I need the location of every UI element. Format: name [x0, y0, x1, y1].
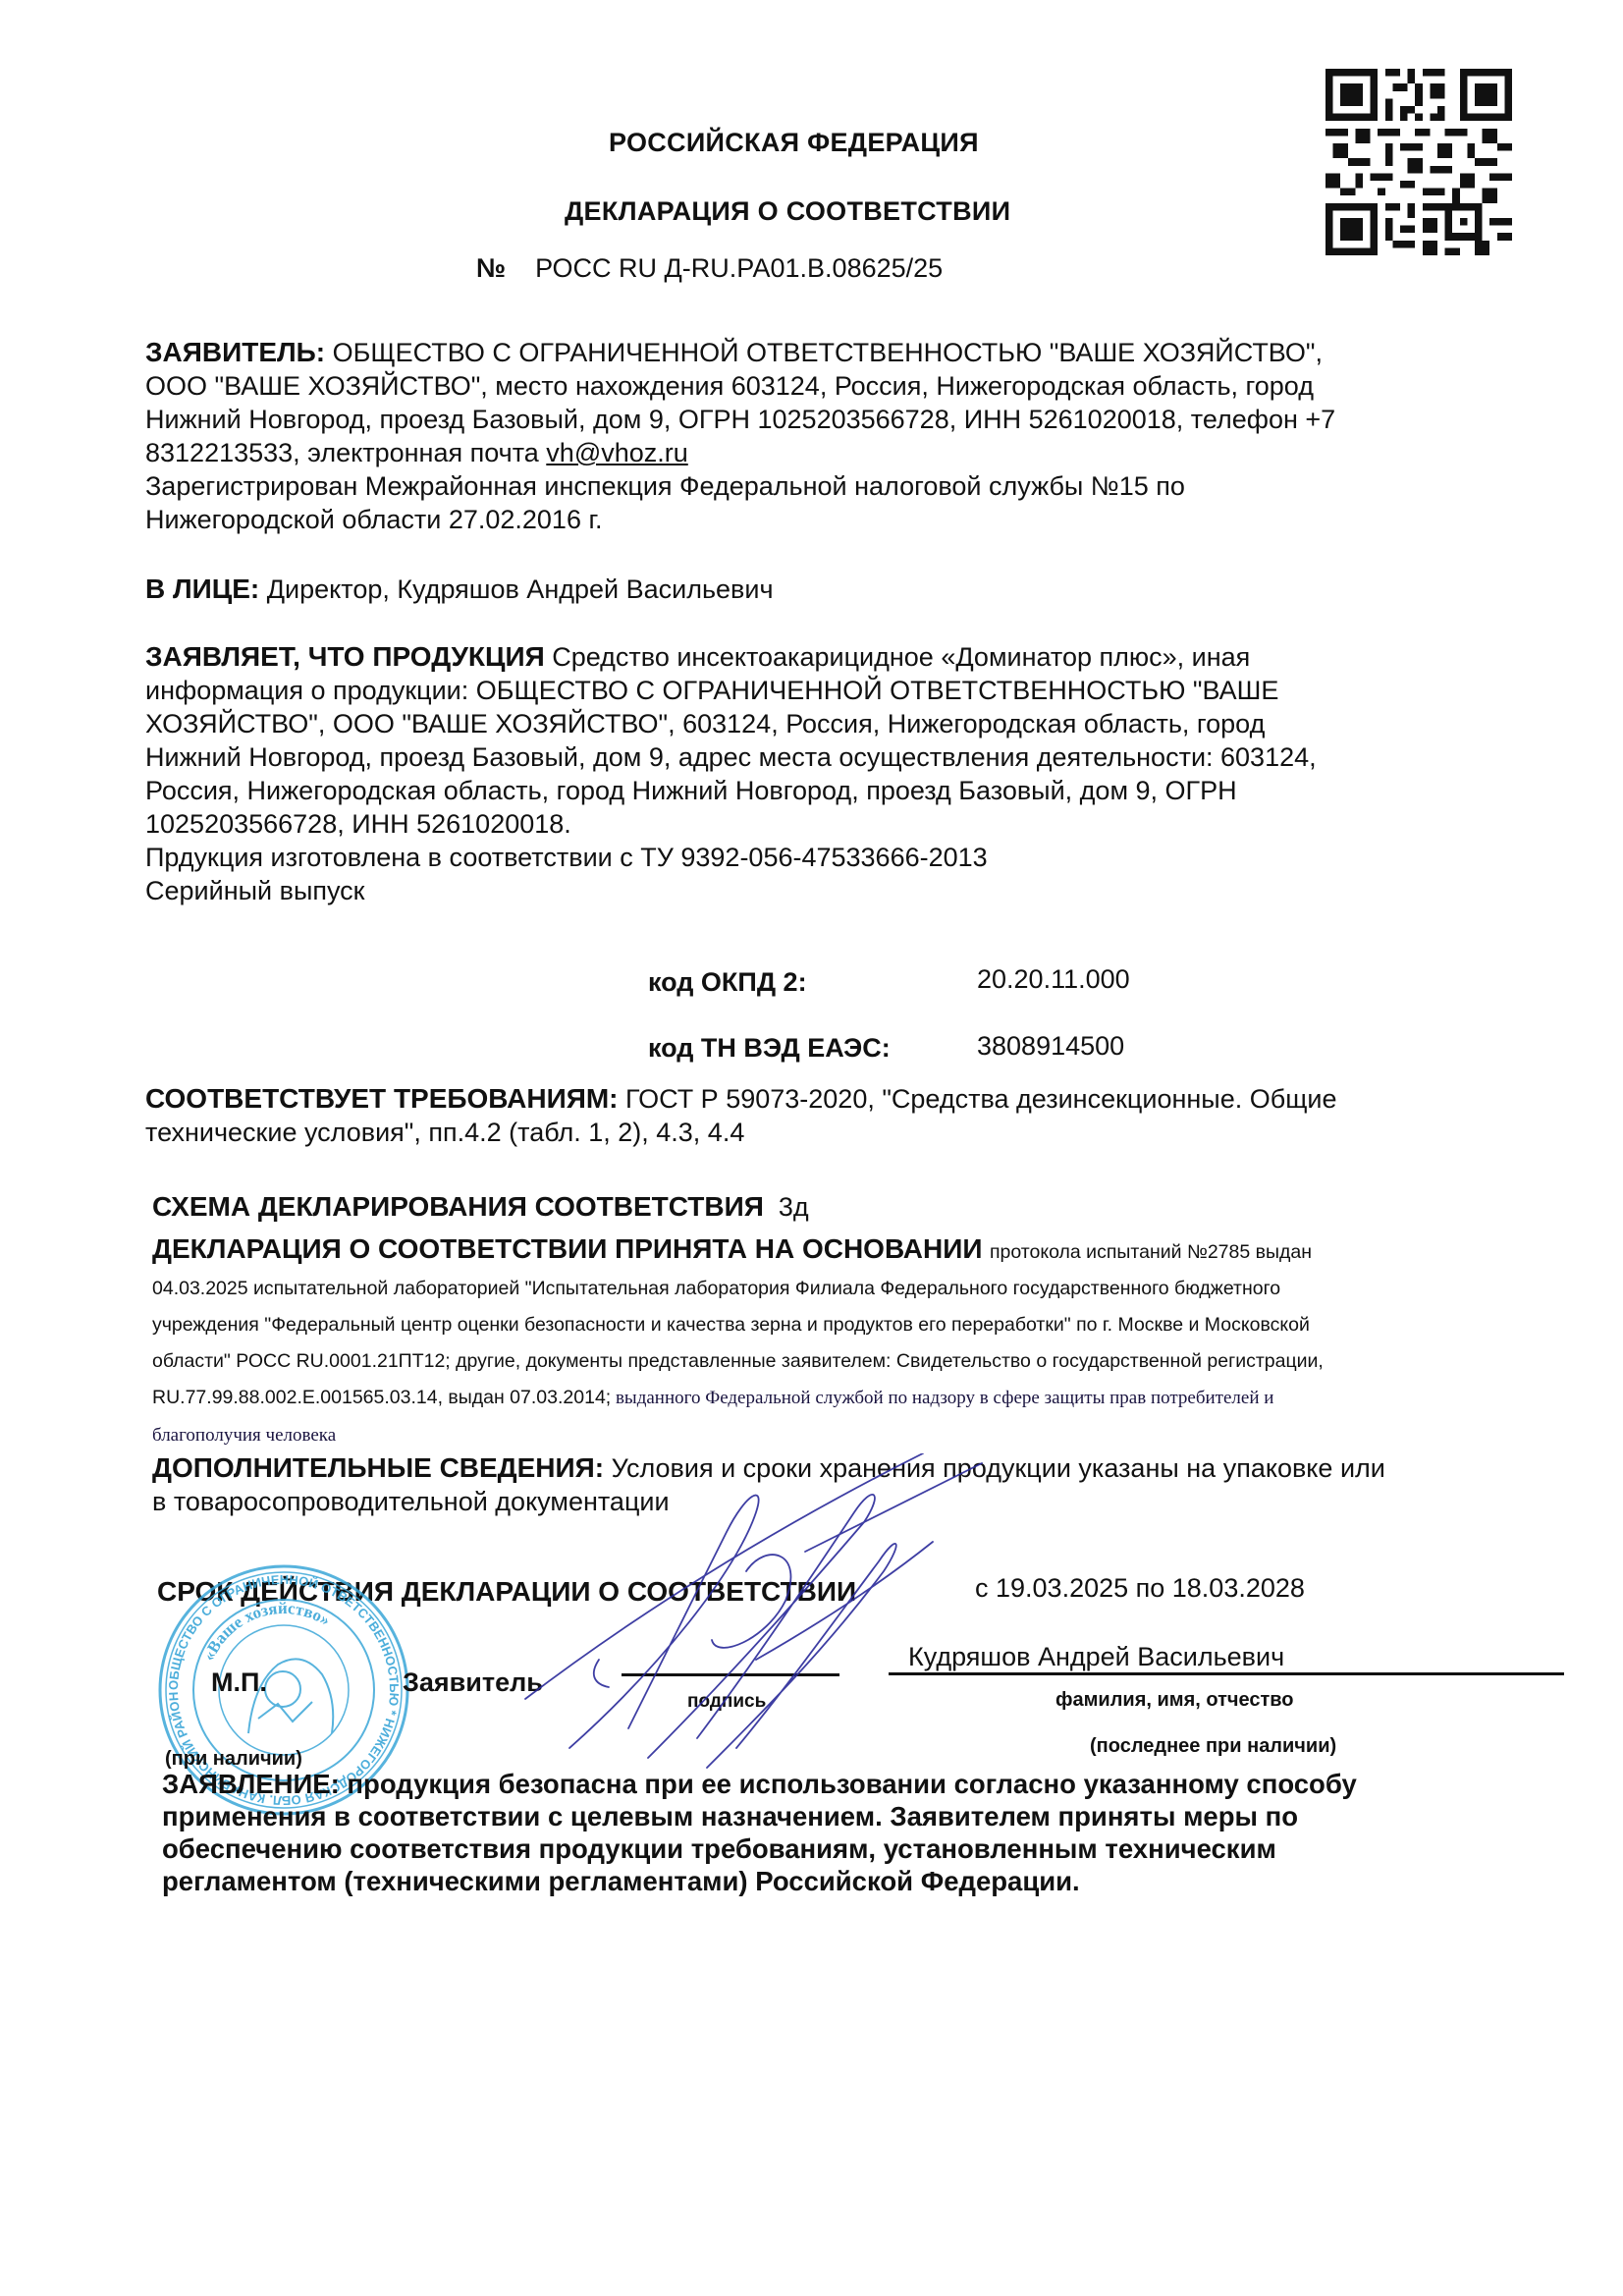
- handwritten-signature-icon: [511, 1453, 1021, 1787]
- name-note: (последнее при наличии): [1090, 1735, 1336, 1758]
- basis-label: ДЕКЛАРАЦИЯ О СООТВЕТСТВИИ ПРИНЯТА НА ОСН…: [152, 1233, 982, 1264]
- statement-section: ЗАЯВЛЕНИЕ: продукция безопасна при ее ис…: [162, 1768, 1556, 1897]
- represented-by-label: В ЛИЦЕ:: [145, 574, 259, 604]
- registration-line: Нижегородской области 27.02.2016 г.: [145, 503, 1540, 536]
- scheme-label: СХЕМА ДЕКЛАРИРОВАНИЯ СООТВЕТСТВИЯ: [152, 1191, 764, 1222]
- basis-section: ДЕКЛАРАЦИЯ О СООТВЕТСТВИИ ПРИНЯТА НА ОСН…: [152, 1232, 1546, 1455]
- product-label: ЗАЯВЛЯЕТ, ЧТО ПРОДУКЦИЯ: [145, 641, 545, 672]
- name-caption: фамилия, имя, отчество: [1055, 1689, 1294, 1712]
- qr-code-icon: [1325, 69, 1512, 255]
- tnved-label: код ТН ВЭД ЕАЭС:: [648, 1033, 891, 1064]
- number-value: РОСС RU Д-RU.РА01.В.08625/25: [535, 253, 943, 283]
- statement-line: регламентом (техническими регламентами) …: [162, 1865, 1556, 1897]
- applicant-label: ЗАЯВИТЕЛЬ:: [145, 337, 325, 367]
- applicant-section: ЗАЯВИТЕЛЬ: ОБЩЕСТВО С ОГРАНИЧЕННОЙ ОТВЕТ…: [145, 336, 1540, 536]
- conformity-line: ГОСТ Р 59073-2020, "Средства дезинсекцио…: [625, 1084, 1337, 1114]
- registration-line: Зарегистрирован Межрайонная инспекция Фе…: [145, 469, 1540, 503]
- basis-line-serif: выданного Федеральной службой по надзору…: [611, 1388, 1273, 1408]
- product-line: Серийный выпуск: [145, 874, 1540, 907]
- represented-by-value: Директор, Кудряшов Андрей Васильевич: [267, 574, 774, 604]
- mp-label: М.П.: [211, 1667, 267, 1698]
- statement-label: ЗАЯВЛЕНИЕ:: [162, 1769, 340, 1799]
- statement-line: обеспечению соответствия продукции требо…: [162, 1832, 1556, 1865]
- okpd-value: 20.20.11.000: [977, 964, 1130, 995]
- tnved-value: 3808914500: [977, 1031, 1124, 1062]
- document-title: ДЕКЛАРАЦИЯ О СООТВЕТСТВИИ: [565, 196, 1010, 227]
- applicant-line: ОБЩЕСТВО С ОГРАНИЧЕННОЙ ОТВЕТСТВЕННОСТЬЮ…: [333, 338, 1323, 367]
- product-line: Россия, Нижегородская область, город Ниж…: [145, 774, 1540, 807]
- basis-line: RU.77.99.88.002.Е.001565.03.14, выдан 07…: [152, 1387, 611, 1408]
- product-line: 1025203566728, ИНН 5261020018.: [145, 807, 1540, 841]
- conformity-label: СООТВЕТСТВУЕТ ТРЕБОВАНИЯМ:: [145, 1083, 618, 1114]
- conformity-line: технические условия", пп.4.2 (табл. 1, 2…: [145, 1116, 1540, 1149]
- scheme-value: 3д: [779, 1192, 809, 1222]
- product-line: ХОЗЯЙСТВО", ООО "ВАШЕ ХОЗЯЙСТВО", 603124…: [145, 707, 1540, 740]
- okpd-label: код ОКПД 2:: [648, 967, 807, 998]
- product-line: Прдукция изготовлена в соответствии с ТУ…: [145, 841, 1540, 874]
- validity-value: с 19.03.2025 по 18.03.2028: [975, 1573, 1305, 1604]
- email-link[interactable]: vh@vhoz.ru: [546, 438, 687, 467]
- product-section: ЗАЯВЛЯЕТ, ЧТО ПРОДУКЦИЯ Средство инсекто…: [145, 640, 1540, 907]
- basis-line: учреждения "Федеральный центр оценки без…: [152, 1307, 1546, 1343]
- country-title: РОССИЙСКАЯ ФЕДЕРАЦИЯ: [609, 128, 979, 158]
- statement-line: продукция безопасна при ее использовании…: [340, 1769, 1357, 1799]
- basis-line: протокола испытаний №2785 выдан: [990, 1241, 1312, 1263]
- product-line: информация о продукции: ОБЩЕСТВО С ОГРАН…: [145, 674, 1540, 707]
- conformity-section: СООТВЕТСТВУЕТ ТРЕБОВАНИЯМ: ГОСТ Р 59073-…: [145, 1082, 1540, 1149]
- represented-by-section: В ЛИЦЕ: Директор, Кудряшов Андрей Василь…: [145, 573, 1540, 606]
- basis-final-line: благополучия человека: [152, 1416, 1546, 1455]
- product-line: Средство инсектоакарицидное «Доминатор п…: [552, 642, 1250, 672]
- basis-line: области" РОСС RU.0001.21ПТ12; другие, до…: [152, 1343, 1546, 1380]
- number-prefix: №: [476, 253, 506, 283]
- applicant-line: ООО "ВАШЕ ХОЗЯЙСТВО", место нахождения 6…: [145, 369, 1540, 403]
- basis-line: 04.03.2025 испытательной лабораторией "И…: [152, 1271, 1546, 1307]
- scheme-section: СХЕМА ДЕКЛАРИРОВАНИЯ СООТВЕТСТВИЯ 3д: [152, 1190, 1546, 1224]
- applicant-line: Нижний Новгород, проезд Базовый, дом 9, …: [145, 403, 1540, 436]
- statement-line: применения в соответствии с целевым назн…: [162, 1800, 1556, 1832]
- product-line: Нижний Новгород, проезд Базовый, дом 9, …: [145, 740, 1540, 774]
- applicant-line: 8312213533, электронная почта: [145, 438, 546, 467]
- declaration-number: №РОСС RU Д-RU.РА01.В.08625/25: [476, 253, 943, 284]
